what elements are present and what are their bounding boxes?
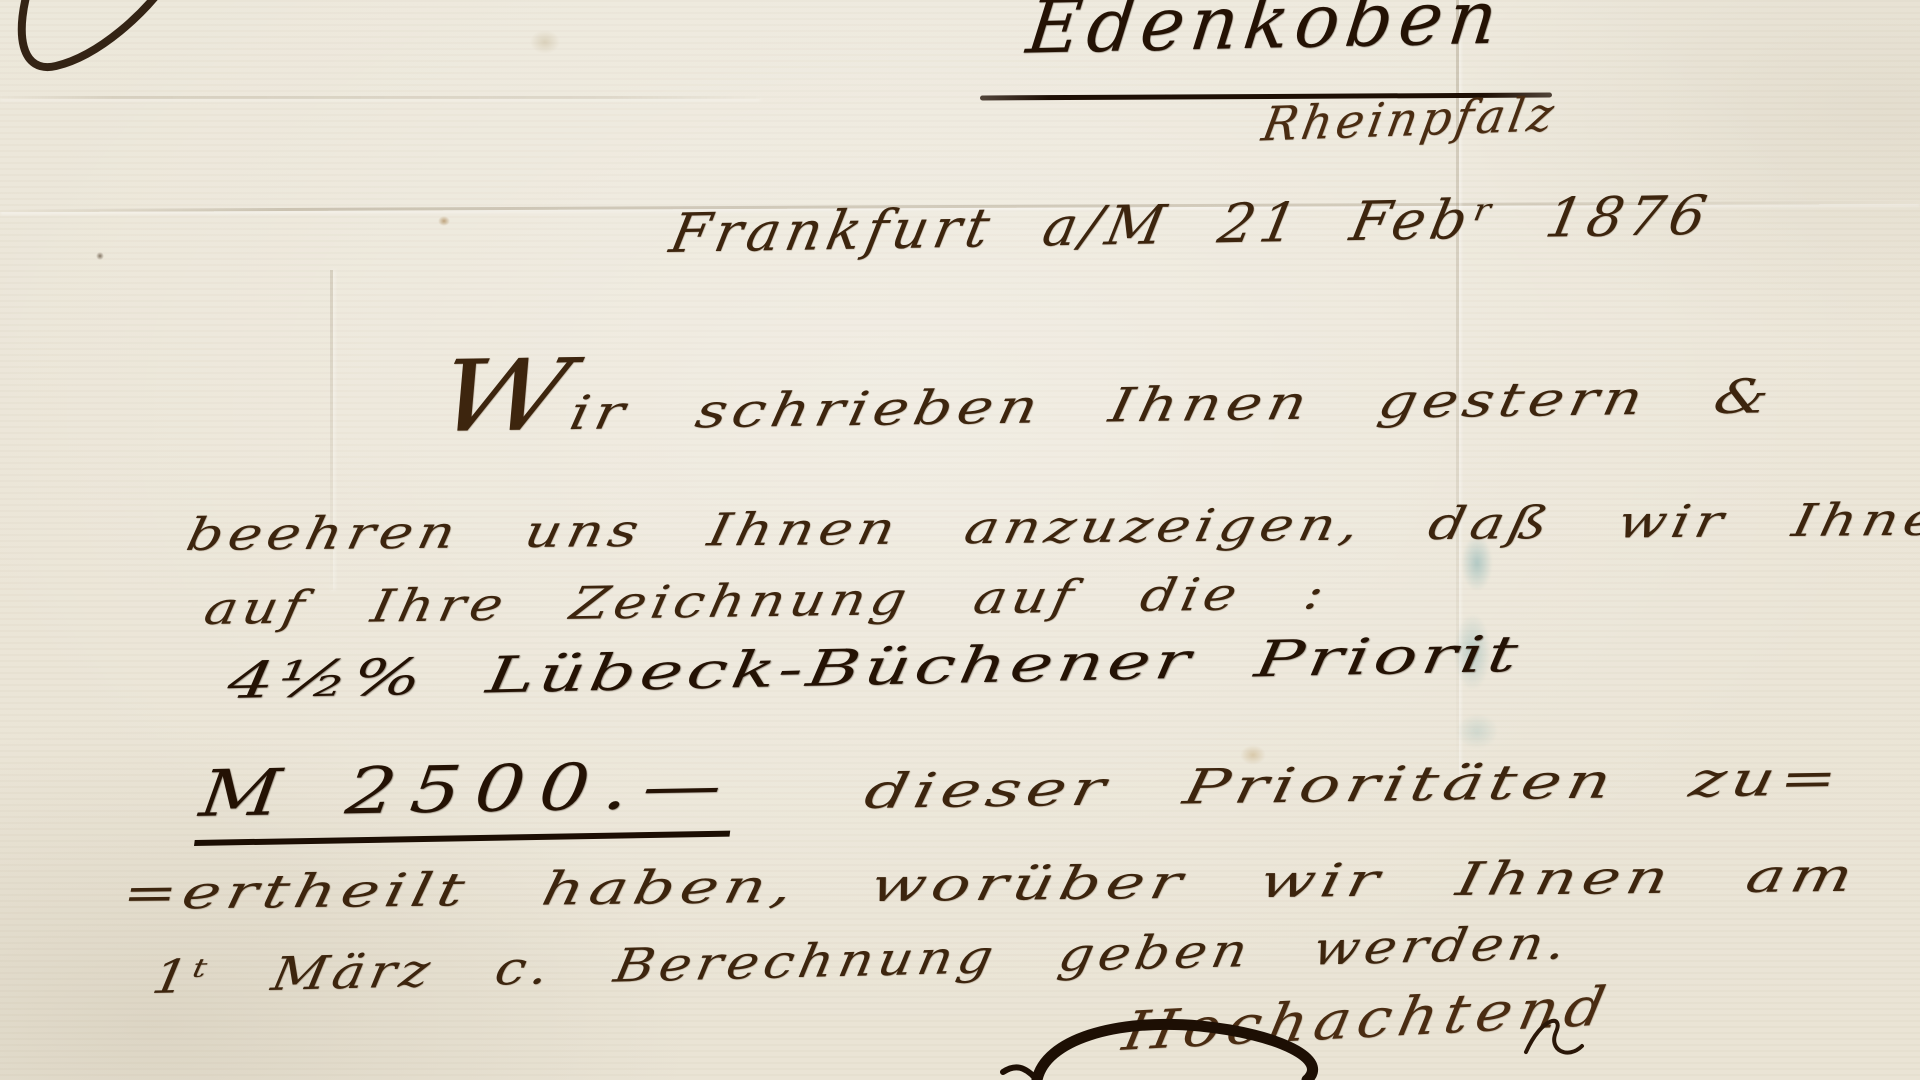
amount-underlined: M 2500.— — [194, 748, 740, 846]
dateline: Frankfurt a/M 21 Febʳ 1876 — [665, 184, 1717, 265]
body-line-2: beehren uns Ihnen anzuzeigen, daß wir Ih… — [182, 492, 1920, 561]
fold-crease-horizontal-upper — [0, 96, 760, 99]
body-line-5: dieser Prioritäten zu= — [860, 750, 1848, 820]
closing-salutation: Hochachtend — [1118, 976, 1617, 1063]
paper-stain — [530, 30, 560, 54]
handwritten-letter-page: Edenkoben Rheinpfalz Frankfurt a/M 21 Fe… — [0, 0, 1920, 1080]
security-name-line: 4½% Lübeck-Büchener Priorit — [224, 625, 1526, 710]
letterhead-place: Edenkoben — [960, 0, 1570, 72]
body-line-6: =ertheilt haben, worüber wir Ihnen am — [118, 848, 1863, 920]
paper-stain — [438, 216, 450, 226]
paper-stain — [96, 252, 104, 260]
body-line-1: Wir schrieben Ihnen gestern & — [430, 369, 1779, 443]
body-line-3: auf Ihre Zeichnung auf die : — [200, 566, 1334, 635]
ink-flourish-top-left — [0, 0, 294, 166]
